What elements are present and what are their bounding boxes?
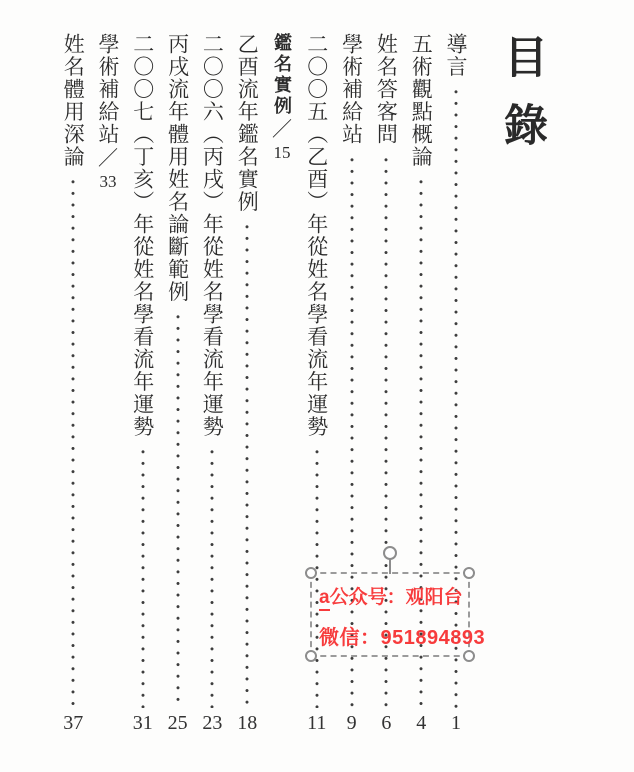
watermark-line-1-prefix: a xyxy=(319,587,330,611)
resize-handle-top-left-icon[interactable] xyxy=(305,567,317,579)
rotation-handle-stem xyxy=(389,559,391,574)
toc-entry: 丙戌流年體用姓名論斷範例 xyxy=(161,33,195,708)
toc-entry: 二〇〇七（丁亥）年從姓名學看流年運勢 xyxy=(126,33,160,708)
toc-entry-page-number: 31 xyxy=(126,712,160,735)
toc-entry-title: 姓名體用深論 xyxy=(56,33,90,168)
toc-entry-page-number: 23 xyxy=(195,712,229,735)
toc-entry-title: 二〇〇七（丁亥）年從姓名學看流年運勢 xyxy=(126,33,160,438)
toc-entry: 二〇〇六（丙戌）年從姓名學看流年運勢 xyxy=(195,33,229,708)
toc-entry: 學術補給站／33 xyxy=(91,33,125,708)
dot-leader xyxy=(176,311,180,708)
toc-entry-title: 鑑名實例 xyxy=(265,33,299,117)
toc-entry-page-number: 18 xyxy=(230,712,264,735)
toc-entry-title: 學術補給站 xyxy=(335,33,369,146)
toc-entry-title: 姓名答客問 xyxy=(369,33,403,146)
watermark-line-2: 微信：951894893 xyxy=(319,621,485,650)
toc-entry-page-number: 1 xyxy=(439,712,473,735)
book-toc-page: 目錄 a公众号：观阳台 微信：951894893 1導言4五術觀點概論6姓名答客… xyxy=(0,0,634,772)
toc-entry-inline-page: 33 xyxy=(100,172,117,191)
toc-entry-title: 丙戌流年體用姓名論斷範例 xyxy=(161,33,195,303)
dot-leader xyxy=(71,176,75,708)
toc-entry-page-number: 9 xyxy=(335,712,369,735)
inline-page-separator: ／ xyxy=(98,148,118,170)
watermark-line-1-text: 公众号：观阳台 xyxy=(330,587,463,608)
toc-entry-page-number: 6 xyxy=(369,712,403,735)
watermark-selection-box[interactable]: a公众号：观阳台 微信：951894893 xyxy=(310,572,470,657)
toc-entry-page-number: 37 xyxy=(56,712,90,735)
inline-page-separator: ／ xyxy=(272,119,292,141)
resize-handle-top-right-icon[interactable] xyxy=(463,567,475,579)
toc-entry-title: 乙酉流年鑑名實例 xyxy=(230,33,264,213)
resize-handle-bottom-left-icon[interactable] xyxy=(305,650,317,662)
dot-leader xyxy=(210,446,214,708)
toc-entry-page-number: 25 xyxy=(161,712,195,735)
rotation-handle-icon[interactable] xyxy=(383,546,397,560)
toc-entry-title: 導言 xyxy=(439,33,473,78)
toc-entry-inline-page: 15 xyxy=(274,143,291,162)
dot-leader xyxy=(141,446,145,708)
dot-leader xyxy=(245,221,249,708)
toc-entry-page-number: 11 xyxy=(300,712,334,735)
page-title: 目錄 xyxy=(497,34,545,170)
toc-entry-title: 五術觀點概論 xyxy=(404,33,438,168)
toc-entry-title: 學術補給站 xyxy=(91,33,125,146)
toc-entry-title: 二〇〇六（丙戌）年從姓名學看流年運勢 xyxy=(195,33,229,438)
toc-entry: 鑑名實例／15 xyxy=(265,33,299,708)
toc-entry-page-number: 4 xyxy=(404,712,438,735)
toc-entry-title: 二〇〇五（乙酉）年從姓名學看流年運勢 xyxy=(300,33,334,438)
toc-entry: 乙酉流年鑑名實例 xyxy=(230,33,264,708)
resize-handle-bottom-right-icon[interactable] xyxy=(463,650,475,662)
toc-entry: 姓名體用深論 xyxy=(56,33,90,708)
watermark-line-1: a公众号：观阳台 xyxy=(319,582,463,609)
